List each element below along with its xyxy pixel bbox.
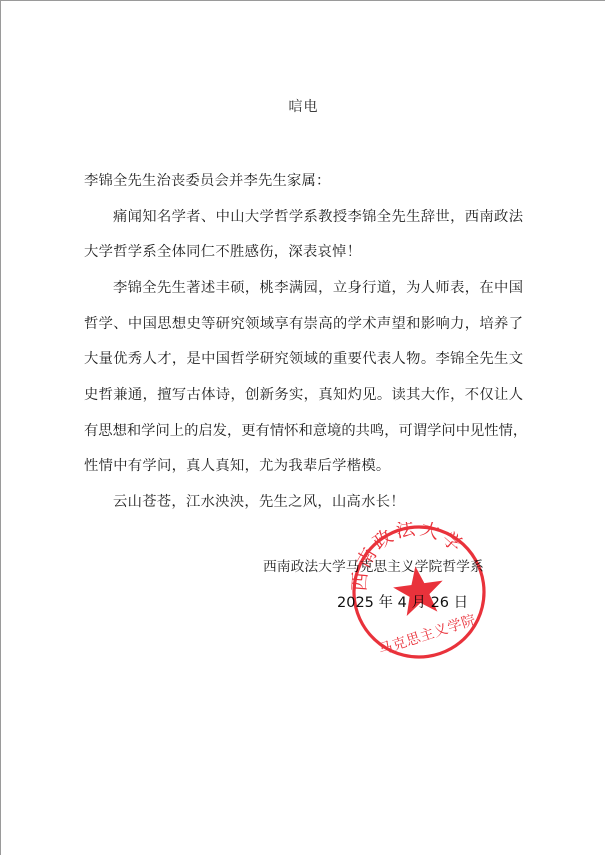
seal-ring: [349, 522, 489, 662]
paragraph-3-line-1: 云山苍苍，江水泱泱，先生之风，山高水长！: [113, 492, 523, 512]
seal-bottom-text: 马克思主义学院: [376, 611, 478, 659]
paragraph-2-line-5: 有思想和学问上的启发，更有情怀和意境的共鸣，可谓学问中见性情，: [84, 421, 523, 441]
paragraph-2-line-4: 史哲兼通，擅写古体诗，创新务实，真知灼见。读其大作，不仅让人: [84, 385, 523, 405]
date: 2025 年 4 月 26 日: [337, 593, 468, 613]
salutation: 李锦全先生治丧委员会并李先生家属：: [84, 171, 523, 191]
document-title: 唁电: [1, 97, 605, 117]
document-page: 唁电 李锦全先生治丧委员会并李先生家属： 痛闻知名学者、中山大学哲学系教授李锦全…: [0, 0, 605, 855]
paragraph-1-line-1: 痛闻知名学者、中山大学哲学系教授李锦全先生辞世，西南政法: [113, 207, 523, 227]
paragraph-1-line-2: 大学哲学系全体同仁不胜感伤，深表哀悼！: [84, 242, 523, 262]
paragraph-2-line-1: 李锦全先生著述丰硕，桃李满园，立身行道，为人师表，在中国: [113, 278, 523, 298]
paragraph-2-line-2: 哲学、中国思想史等研究领域享有崇高的学术声望和影响力，培养了: [84, 314, 523, 334]
paragraph-2-line-6: 性情中有学问，真人真知，尤为我辈后学楷模。: [84, 456, 523, 476]
official-seal: 西南政法大学 马克思主义学院: [349, 522, 489, 662]
paragraph-2-line-3: 大量优秀人才，是中国哲学研究领域的重要代表人物。李锦全先生文: [84, 349, 523, 369]
signature: 西南政法大学马克思主义学院哲学系: [263, 557, 484, 577]
